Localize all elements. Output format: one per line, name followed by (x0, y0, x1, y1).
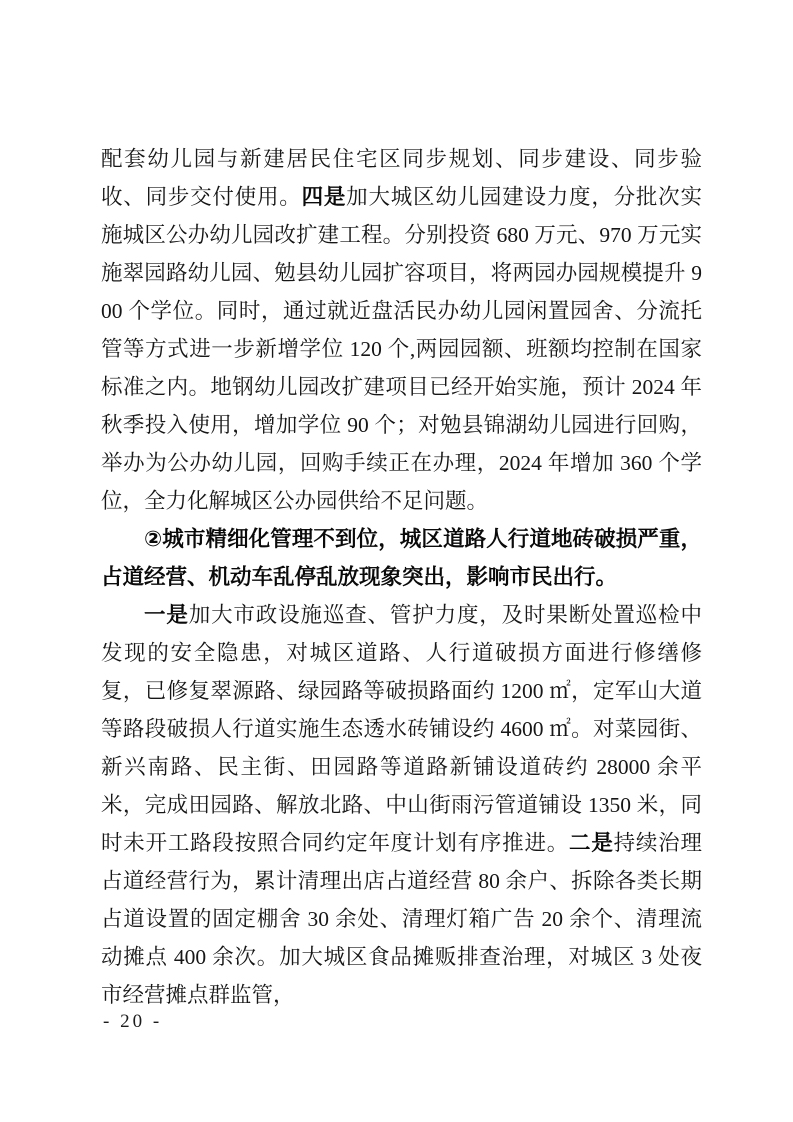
document-body: 配套幼儿园与新建居民住宅区同步规划、同步建设、同步验收、同步交付使用。四是加大城… (101, 140, 702, 1014)
text-run: 加大市政设施巡查、管护力度，及时果断处置巡检中发现的安全隐患，对城区道路、人行道… (101, 603, 702, 855)
para-city-management-measures: 一是加大市政设施巡查、管护力度，及时果断处置巡检中发现的安全隐患，对城区道路、人… (101, 596, 702, 1014)
page-number: - 20 - (103, 1008, 162, 1036)
para-kindergarten-construction: 配套幼儿园与新建居民住宅区同步规划、同步建设、同步验收、同步交付使用。四是加大城… (101, 140, 702, 520)
para-heading-issue-2: ②城市精细化管理不到位，城区道路人行道地砖破损严重，占道经营、机动车乱停乱放现象… (101, 520, 702, 596)
emphasis-run: 一是 (144, 603, 189, 627)
emphasis-run: ②城市精细化管理不到位，城区道路人行道地砖破损严重，占道经营、机动车乱停乱放现象… (101, 527, 702, 589)
document-page: 配套幼儿园与新建居民住宅区同步规划、同步建设、同步验收、同步交付使用。四是加大城… (0, 0, 793, 1122)
text-run: 加大城区幼儿园建设力度，分批次实施城区公办幼儿园改扩建工程。分别投资 680 万… (101, 185, 702, 513)
emphasis-run: 二是 (569, 831, 614, 855)
text-run: 持续治理占道经营行为，累计清理出店占道经营 80 余户、拆除各类长期占道设置的固… (101, 831, 702, 1007)
emphasis-run: 四是 (302, 185, 347, 209)
